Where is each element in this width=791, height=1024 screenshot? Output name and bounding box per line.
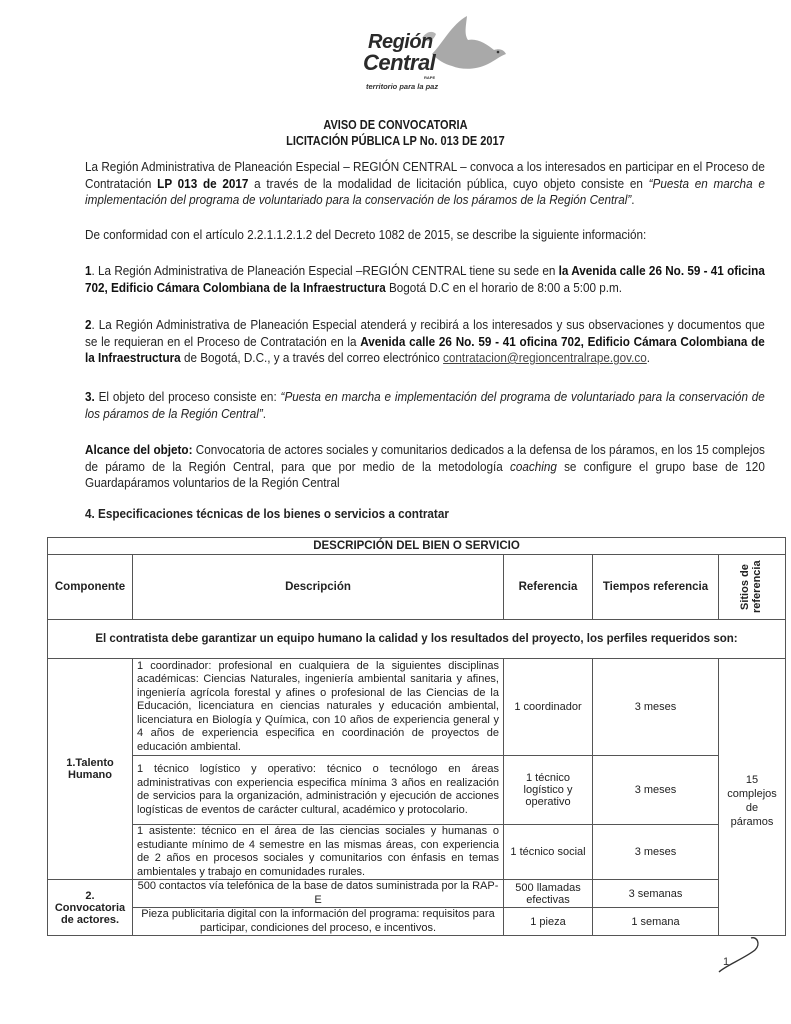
component-convocatoria-actores: 2. Convocatoria de actores. xyxy=(48,880,133,936)
specifications-table: DESCRIPCIÓN DEL BIEN O SERVICIO Componen… xyxy=(47,537,786,936)
legal-basis-paragraph: De conformidad con el artículo 2.2.1.1.2… xyxy=(85,227,765,244)
table-row: 1 técnico logístico y operativo: técnico… xyxy=(48,756,786,825)
header-tiempos: Tiempos referencia xyxy=(593,555,719,620)
intro-paragraph: La Región Administrativa de Planeación E… xyxy=(85,159,765,209)
header-componente: Componente xyxy=(48,555,133,620)
page-number-signature: 1 xyxy=(715,930,775,985)
row-reference: 1 técnico social xyxy=(504,825,593,880)
logo-line-1: Región xyxy=(368,32,433,52)
item-1-paragraph: 1. La Región Administrativa de Planeació… xyxy=(85,263,765,296)
row-description: 1 asistente: técnico en el área de las c… xyxy=(133,825,504,880)
item-3-paragraph: 3. El objeto del proceso consiste en: “P… xyxy=(85,389,765,422)
row-description: 500 contactos vía telefónica de la base … xyxy=(133,880,504,908)
page-number: 1 xyxy=(723,956,729,968)
row-time: 3 meses xyxy=(593,659,719,756)
sites-reference: 15 complejos de páramos xyxy=(719,659,786,936)
header-referencia: Referencia xyxy=(504,555,593,620)
table-row: Pieza publicitaria digital con la inform… xyxy=(48,908,786,936)
component-talento-humano: 1.Talento Humano xyxy=(48,659,133,880)
logo-tagline: territorio para la paz xyxy=(366,82,438,91)
row-time: 3 semanas xyxy=(593,880,719,908)
row-description: Pieza publicitaria digital con la inform… xyxy=(133,908,504,936)
row-reference: 1 técnico logístico y operativo xyxy=(504,756,593,825)
row-time: 3 meses xyxy=(593,756,719,825)
contact-email-link[interactable]: contratacion@regioncentralrape.gov.co xyxy=(443,351,647,365)
region-central-logo: Región Central RAPE territorio para la p… xyxy=(360,14,510,98)
scope-paragraph: Alcance del objeto: Convocatoria de acto… xyxy=(85,442,765,492)
page-title: AVISO DE CONVOCATORIA xyxy=(47,118,743,132)
table-row: 1 asistente: técnico en el área de las c… xyxy=(48,825,786,880)
page-subtitle: LICITACIÓN PÚBLICA LP No. 013 DE 2017 xyxy=(47,134,743,148)
dove-icon xyxy=(422,14,512,84)
row-description: 1 coordinador: profesional en cualquiera… xyxy=(133,659,504,756)
table-title: DESCRIPCIÓN DEL BIEN O SERVICIO xyxy=(48,538,786,555)
row-time: 1 semana xyxy=(593,908,719,936)
header-sitios: Sitios de referencia xyxy=(719,555,786,620)
row-reference: 1 coordinador xyxy=(504,659,593,756)
item-4-heading: 4. Especificaciones técnicas de los bien… xyxy=(85,506,765,523)
signature-icon xyxy=(715,930,775,980)
table-row: 1.Talento Humano 1 coordinador: profesio… xyxy=(48,659,786,756)
row-time: 3 meses xyxy=(593,825,719,880)
header-descripcion: Descripción xyxy=(133,555,504,620)
row-reference: 1 pieza xyxy=(504,908,593,936)
logo-sub: RAPE xyxy=(424,75,435,80)
table-header-row: Componente Descripción Referencia Tiempo… xyxy=(48,555,786,620)
row-description: 1 técnico logístico y operativo: técnico… xyxy=(133,756,504,825)
table-row: 2. Convocatoria de actores. 500 contacto… xyxy=(48,880,786,908)
row-reference: 500 llamadas efectivas xyxy=(504,880,593,908)
logo-line-2: Central xyxy=(363,52,435,74)
item-2-paragraph: 2. La Región Administrativa de Planeació… xyxy=(85,317,765,367)
table-notice: El contratista debe garantizar un equipo… xyxy=(48,620,786,659)
